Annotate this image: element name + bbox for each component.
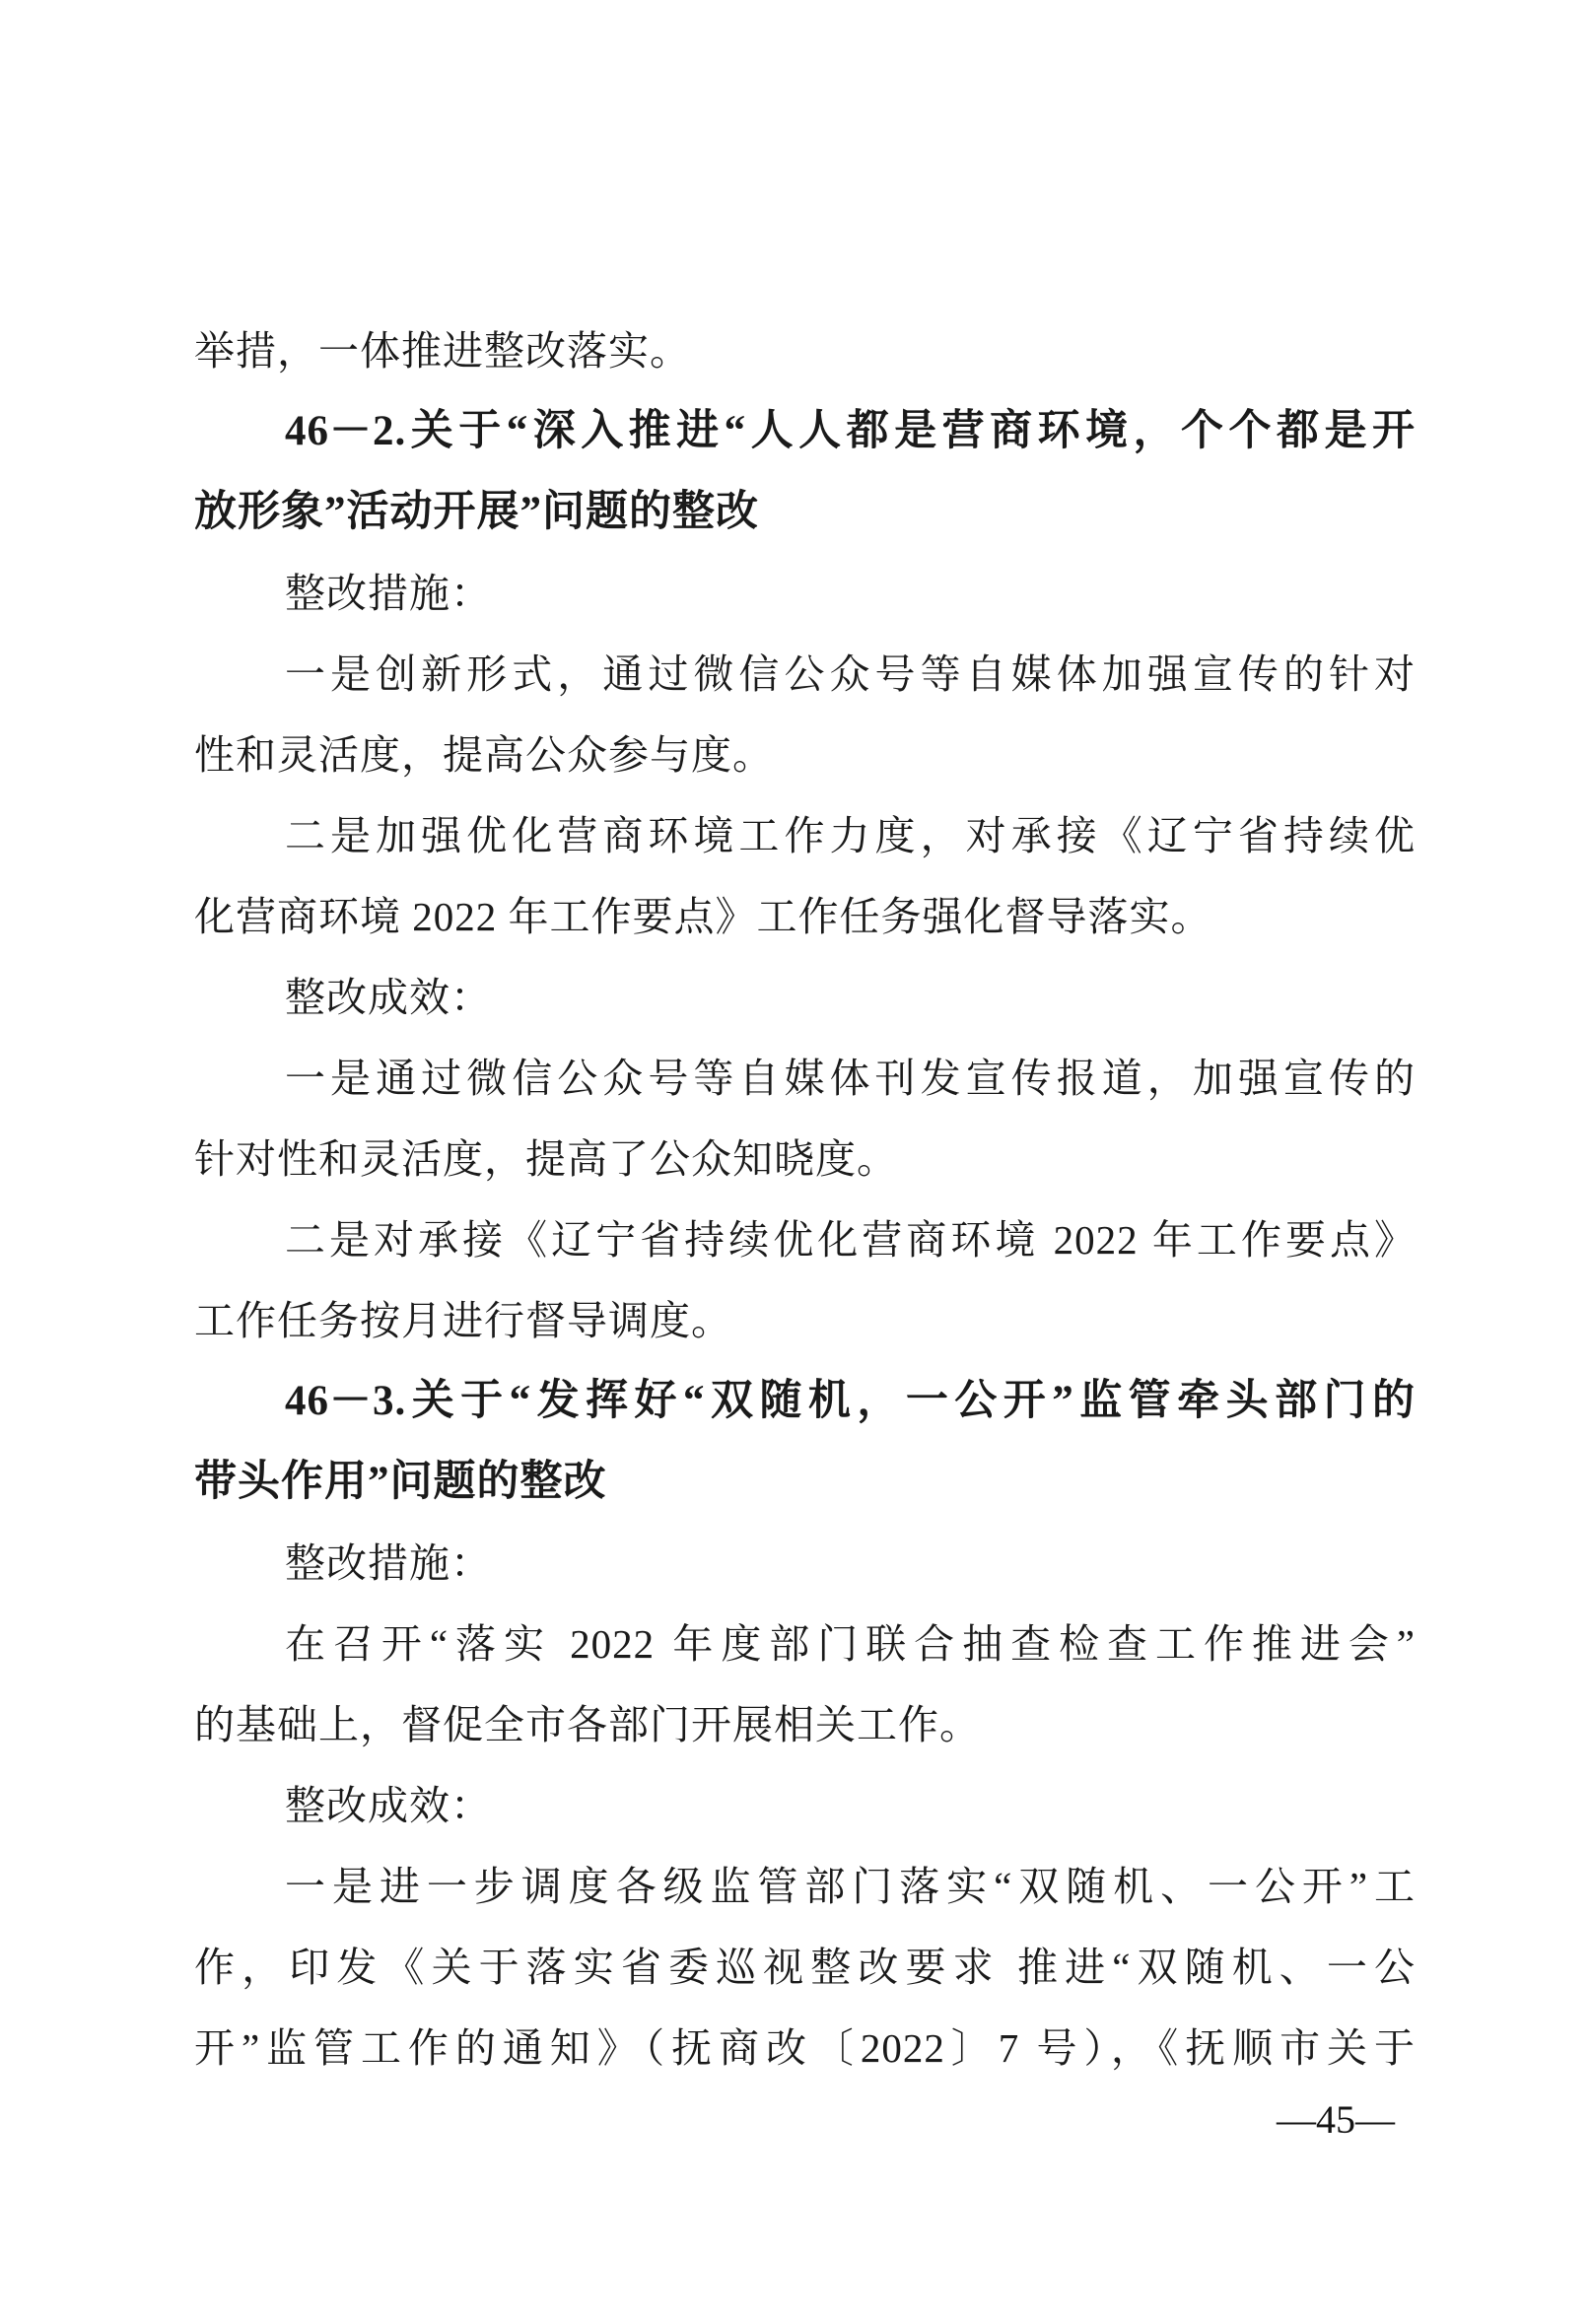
body-text-line: 在召开“落实 2022 年度部门联合抽查检查工作推进会” [194,1604,1416,1684]
section-heading-line: 46－3.关于“发挥好“双随机，一公开”监管牵头部门的 [194,1361,1416,1442]
body-text-line: 整改措施： [194,1523,1416,1604]
body-text-line: 二是加强优化营商环境工作力度，对承接《辽宁省持续优 [194,795,1416,876]
body-text-line: 性和灵活度，提高公众参与度。 [194,715,1416,795]
document-page: 举措，一体推进整改落实。46－2.关于“深入推进“人人都是营商环境，个个都是开放… [0,0,1591,2324]
body-text-line: 作，印发《关于落实省委巡视整改要求 推进“双随机、一公 [194,1927,1416,2008]
body-text-line: 整改成效： [194,1765,1416,1846]
body-text-line: 举措，一体推进整改落实。 [194,310,1416,391]
section-heading-line: 带头作用”问题的整改 [194,1442,1416,1523]
body-text-line: 二是对承接《辽宁省持续优化营商环境 2022 年工作要点》 [194,1199,1416,1280]
body-text-line: 开”监管工作的通知》（抚商改〔2022〕7 号），《抚顺市关于 [194,2008,1416,2088]
body-text-line: 整改成效： [194,957,1416,1038]
body-text-line: 整改措施： [194,553,1416,634]
body-text-line: 一是进一步调度各级监管部门落实“双随机、一公开”工 [194,1846,1416,1927]
body-text-line: 一是创新形式，通过微信公众号等自媒体加强宣传的针对 [194,634,1416,715]
text-block: 举措，一体推进整改落实。46－2.关于“深入推进“人人都是营商环境，个个都是开放… [194,310,1416,2088]
body-text-line: 化营商环境 2022 年工作要点》工作任务强化督导落实。 [194,876,1416,957]
section-heading-line: 46－2.关于“深入推进“人人都是营商环境，个个都是开 [194,391,1416,472]
body-text-line: 工作任务按月进行督导调度。 [194,1280,1416,1361]
section-heading-line: 放形象”活动开展”问题的整改 [194,472,1416,553]
body-text-line: 的基础上，督促全市各部门开展相关工作。 [194,1684,1416,1765]
page-number: —45— [1277,2097,1395,2143]
body-text-line: 针对性和灵活度，提高了公众知晓度。 [194,1119,1416,1199]
body-text-line: 一是通过微信公众号等自媒体刊发宣传报道，加强宣传的 [194,1038,1416,1119]
